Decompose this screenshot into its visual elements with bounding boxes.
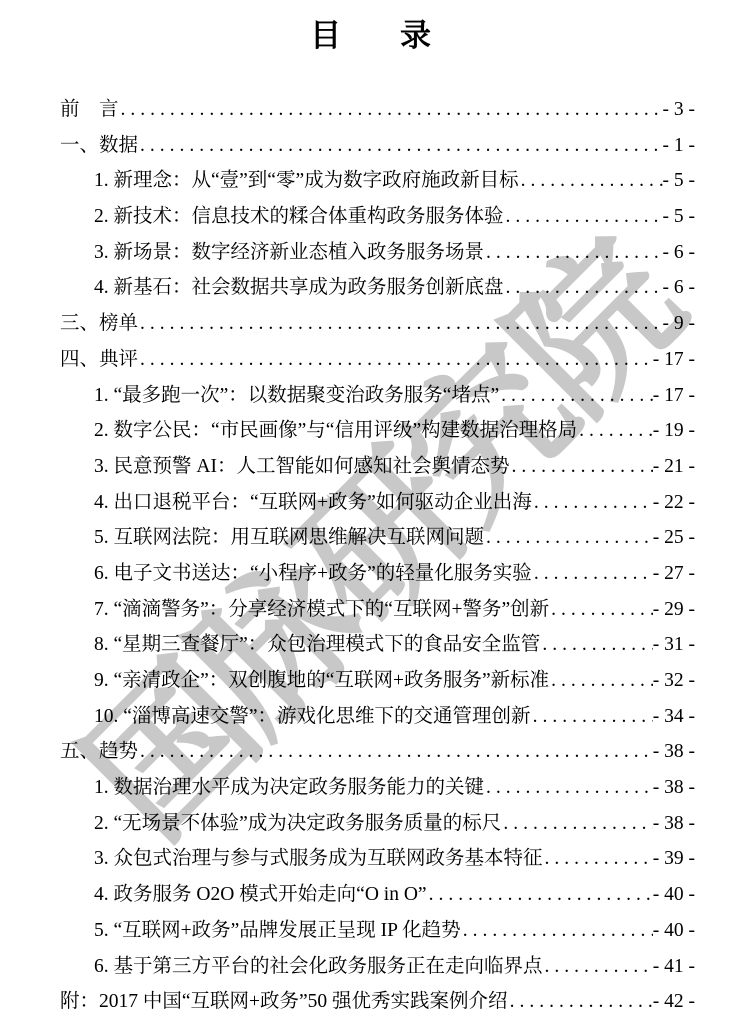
toc-entry-label: 五、趋势 xyxy=(60,734,138,770)
toc-entry-label: 10. “淄博高速交警”：游戏化思维下的交通管理创新 xyxy=(94,699,531,735)
dot-leader: ........................................… xyxy=(519,163,663,199)
toc-entry-label: 5. 互联网法院：用互联网思维解决互联网问题 xyxy=(94,520,484,556)
toc-entry-page: - 9 - xyxy=(663,306,696,342)
dot-leader: ........................................… xyxy=(138,342,653,378)
dot-leader: ........................................… xyxy=(532,485,653,521)
toc-entry: 2. 新技术：信息技术的糅合体重构政务服务体验.................… xyxy=(60,199,695,235)
toc-entry-label: 5. “互联网+政务”品牌发展正呈现 IP 化趋势 xyxy=(94,913,461,949)
toc-entry: 6. 电子文书送达：“小程序+政务”的轻量化服务实验..............… xyxy=(60,556,695,592)
toc-entry-label: 2. 新技术：信息技术的糅合体重构政务服务体验 xyxy=(94,199,504,235)
toc-entry-page: - 42 - xyxy=(653,984,695,1020)
toc-entry-label: 2. “无场景不体验”成为决定政务服务质量的标尺 xyxy=(94,806,501,842)
dot-leader: ........................................… xyxy=(549,663,653,699)
toc-entry-page: - 22 - xyxy=(653,485,695,521)
dot-leader: ........................................… xyxy=(499,378,653,414)
toc-entry: 一、数据....................................… xyxy=(60,128,695,164)
toc-entry-label: 3. 新场景：数字经济新业态植入政务服务场景 xyxy=(94,235,484,271)
toc-entry-label: 9. “亲清政企”：双创腹地的“互联网+政务服务”新标准 xyxy=(94,663,549,699)
toc-entry: 5. 互联网法院：用互联网思维解决互联网问题..................… xyxy=(60,520,695,556)
toc-entry: 6. 基于第三方平台的社会化政务服务正在走向临界点...............… xyxy=(60,949,695,985)
toc-entry: 4. 出口退税平台：“互联网+政务”如何驱动企业出海..............… xyxy=(60,485,695,521)
toc-entry-page: - 39 - xyxy=(653,841,695,877)
toc-entry: 五、趋势....................................… xyxy=(60,734,695,770)
toc-entry-page: - 32 - xyxy=(653,663,695,699)
toc-entry-page: - 38 - xyxy=(653,734,695,770)
toc-entry-label: 6. 基于第三方平台的社会化政务服务正在走向临界点 xyxy=(94,949,543,985)
toc-entry: 3. 众包式治理与参与式服务成为互联网政务基本特征...............… xyxy=(60,841,695,877)
dot-leader: ........................................… xyxy=(509,449,652,485)
dot-leader: ........................................… xyxy=(540,627,652,663)
toc-entry: 2. “无场景不体验”成为决定政务服务质量的标尺................… xyxy=(60,806,695,842)
toc-entry: 4. 新基石：社会数据共享成为政务服务创新底盘.................… xyxy=(60,270,695,306)
document-page: 国脉研究院 目 录 前 言...........................… xyxy=(0,0,751,1024)
toc-entry-page: - 5 - xyxy=(663,199,696,235)
dot-leader: ........................................… xyxy=(138,306,662,342)
dot-leader: ........................................… xyxy=(138,734,653,770)
toc-entry-label: 6. 电子文书送达：“小程序+政务”的轻量化服务实验 xyxy=(94,556,532,592)
toc-entry-label: 1. 数据治理水平成为决定政务服务能力的关键 xyxy=(94,770,484,806)
toc-entry-page: - 17 - xyxy=(653,378,695,414)
toc-entry: 3. 民意预警 AI：人工智能如何感知社会舆情态势...............… xyxy=(60,449,695,485)
table-of-contents: 前 言.....................................… xyxy=(60,92,695,1020)
toc-entry-label: 4. 出口退税平台：“互联网+政务”如何驱动企业出海 xyxy=(94,485,532,521)
toc-entry: 9. “亲清政企”：双创腹地的“互联网+政务服务”新标准............… xyxy=(60,663,695,699)
dot-leader: ........................................… xyxy=(484,520,653,556)
dot-leader: ........................................… xyxy=(484,235,662,271)
dot-leader: ........................................… xyxy=(543,949,653,985)
dot-leader: ........................................… xyxy=(532,556,653,592)
dot-leader: ........................................… xyxy=(427,877,653,913)
toc-entry: 1. 数据治理水平成为决定政务服务能力的关键..................… xyxy=(60,770,695,806)
page-title: 目 录 xyxy=(60,14,695,58)
toc-entry: 附：2017 中国“互联网+政务”50 强优秀实践案例介绍...........… xyxy=(60,984,695,1020)
toc-entry: 3. 新场景：数字经济新业态植入政务服务场景..................… xyxy=(60,235,695,271)
toc-entry-page: - 38 - xyxy=(653,770,695,806)
toc-entry-page: - 6 - xyxy=(663,235,696,271)
toc-entry: 7. “滴滴警务”：分享经济模式下的“互联网+警务”创新............… xyxy=(60,592,695,628)
toc-entry-page: - 3 - xyxy=(663,92,696,128)
toc-entry-label: 附：2017 中国“互联网+政务”50 强优秀实践案例介绍 xyxy=(60,984,508,1020)
toc-entry-page: - 29 - xyxy=(653,592,695,628)
toc-entry-page: - 34 - xyxy=(653,699,695,735)
dot-leader: ........................................… xyxy=(577,413,653,449)
dot-leader: ........................................… xyxy=(119,92,663,128)
toc-entry-page: - 19 - xyxy=(653,413,695,449)
toc-entry-label: 8. “星期三查餐厅”：众包治理模式下的食品安全监管 xyxy=(94,627,540,663)
dot-leader: ........................................… xyxy=(484,770,653,806)
dot-leader: ........................................… xyxy=(504,270,663,306)
toc-entry-label: 1. 新理念：从“壹”到“零”成为数字政府施政新目标 xyxy=(94,163,519,199)
toc-entry: 4. 政务服务 O2O 模式开始走向“O in O”..............… xyxy=(60,877,695,913)
toc-entry-label: 四、典评 xyxy=(60,342,138,378)
toc-entry-label: 7. “滴滴警务”：分享经济模式下的“互联网+警务”创新 xyxy=(94,592,549,628)
toc-entry: 8. “星期三查餐厅”：众包治理模式下的食品安全监管..............… xyxy=(60,627,695,663)
toc-entry-page: - 31 - xyxy=(653,627,695,663)
toc-entry-label: 3. 众包式治理与参与式服务成为互联网政务基本特征 xyxy=(94,841,543,877)
dot-leader: ........................................… xyxy=(508,984,653,1020)
dot-leader: ........................................… xyxy=(461,913,653,949)
toc-entry-page: - 21 - xyxy=(653,449,695,485)
toc-entry: 1. 新理念：从“壹”到“零”成为数字政府施政新目标..............… xyxy=(60,163,695,199)
toc-entry-label: 2. 数字公民：“市民画像”与“信用评级”构建数据治理格局 xyxy=(94,413,577,449)
toc-entry-label: 三、榜单 xyxy=(60,306,138,342)
dot-leader: ........................................… xyxy=(504,199,663,235)
dot-leader: ........................................… xyxy=(501,806,652,842)
toc-entry-page: - 27 - xyxy=(653,556,695,592)
toc-entry: 四、典评....................................… xyxy=(60,342,695,378)
dot-leader: ........................................… xyxy=(531,699,653,735)
toc-entry-label: 前 言 xyxy=(60,92,119,128)
toc-entry-page: - 41 - xyxy=(653,949,695,985)
toc-entry-page: - 17 - xyxy=(653,342,695,378)
toc-entry-page: - 38 - xyxy=(653,806,695,842)
toc-entry-label: 4. 新基石：社会数据共享成为政务服务创新底盘 xyxy=(94,270,504,306)
page-content: 目 录 前 言.................................… xyxy=(0,0,751,1020)
toc-entry: 10. “淄博高速交警”：游戏化思维下的交通管理创新..............… xyxy=(60,699,695,735)
toc-entry-label: 1. “最多跑一次”：以数据聚变治政务服务“堵点” xyxy=(94,378,499,414)
toc-entry-label: 3. 民意预警 AI：人工智能如何感知社会舆情态势 xyxy=(94,449,509,485)
dot-leader: ........................................… xyxy=(138,128,662,164)
toc-entry-page: - 5 - xyxy=(663,163,696,199)
toc-entry-page: - 40 - xyxy=(653,913,695,949)
toc-entry-label: 4. 政务服务 O2O 模式开始走向“O in O” xyxy=(94,877,427,913)
toc-entry-label: 一、数据 xyxy=(60,128,138,164)
toc-entry-page: - 6 - xyxy=(663,270,696,306)
toc-entry: 5. “互联网+政务”品牌发展正呈现 IP 化趋势...............… xyxy=(60,913,695,949)
toc-entry-page: - 40 - xyxy=(653,877,695,913)
toc-entry-page: - 1 - xyxy=(663,128,696,164)
toc-entry: 1. “最多跑一次”：以数据聚变治政务服务“堵点”...............… xyxy=(60,378,695,414)
dot-leader: ........................................… xyxy=(543,841,653,877)
toc-entry-page: - 25 - xyxy=(653,520,695,556)
toc-entry: 三、榜单....................................… xyxy=(60,306,695,342)
toc-entry: 2. 数字公民：“市民画像”与“信用评级”构建数据治理格局...........… xyxy=(60,413,695,449)
dot-leader: ........................................… xyxy=(549,592,653,628)
toc-entry: 前 言.....................................… xyxy=(60,92,695,128)
